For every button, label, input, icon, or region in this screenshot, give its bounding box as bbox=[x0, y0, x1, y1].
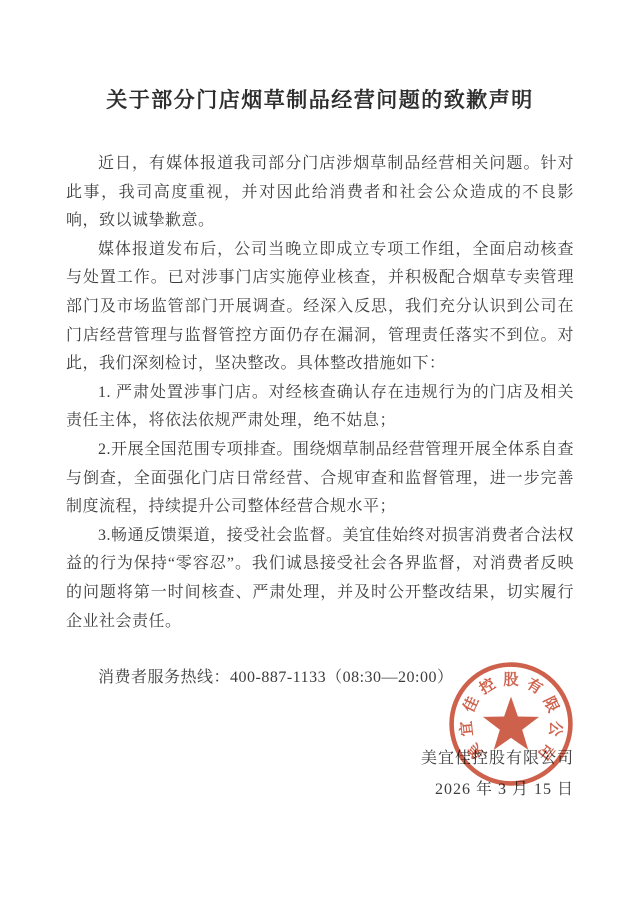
document-body: 近日，有媒体报道我司部分门店涉烟草制品经营相关问题。针对此事，我司高度重视，并对… bbox=[66, 150, 574, 693]
paragraph-response: 媒体报道发布后，公司当晚立即成立专项工作组，全面启动核查与处置工作。已对涉事门店… bbox=[66, 236, 574, 379]
seal-char: 限 bbox=[540, 694, 563, 716]
signature-block: 美宜佳控股有限公司 2026 年 3 月 15 日 bbox=[0, 743, 574, 805]
measure-item-2: 2.开展全国范围专项排查。围绕烟草制品经营管理开展全体系自查与倒查，全面强化门店… bbox=[66, 436, 574, 522]
measure-item-1: 1. 严肃处置涉事门店。对经核查确认存在违规行为的门店及相关责任主体，将依法依规… bbox=[66, 379, 574, 436]
seal-char: 佳 bbox=[460, 693, 482, 715]
document-title: 关于部分门店烟草制品经营问题的致歉声明 bbox=[0, 0, 640, 114]
signature-company: 美宜佳控股有限公司 bbox=[0, 743, 574, 774]
hotline-line: 消费者服务热线：400-887-1133（08:30—20:00） bbox=[66, 664, 574, 693]
apology-document: 关于部分门店烟草制品经营问题的致歉声明 近日，有媒体报道我司部分门店涉烟草制品经… bbox=[0, 0, 640, 904]
signature-date: 2026 年 3 月 15 日 bbox=[0, 774, 574, 805]
seal-char: 公 bbox=[546, 720, 565, 738]
measure-item-3: 3.畅通反馈渠道，接受社会监督。美宜佳始终对损害消费者合法权益的行为保持“零容忍… bbox=[66, 522, 574, 636]
paragraph-intro: 近日，有媒体报道我司部分门店涉烟草制品经营相关问题。针对此事，我司高度重视，并对… bbox=[66, 150, 574, 236]
seal-char: 宜 bbox=[457, 719, 477, 737]
